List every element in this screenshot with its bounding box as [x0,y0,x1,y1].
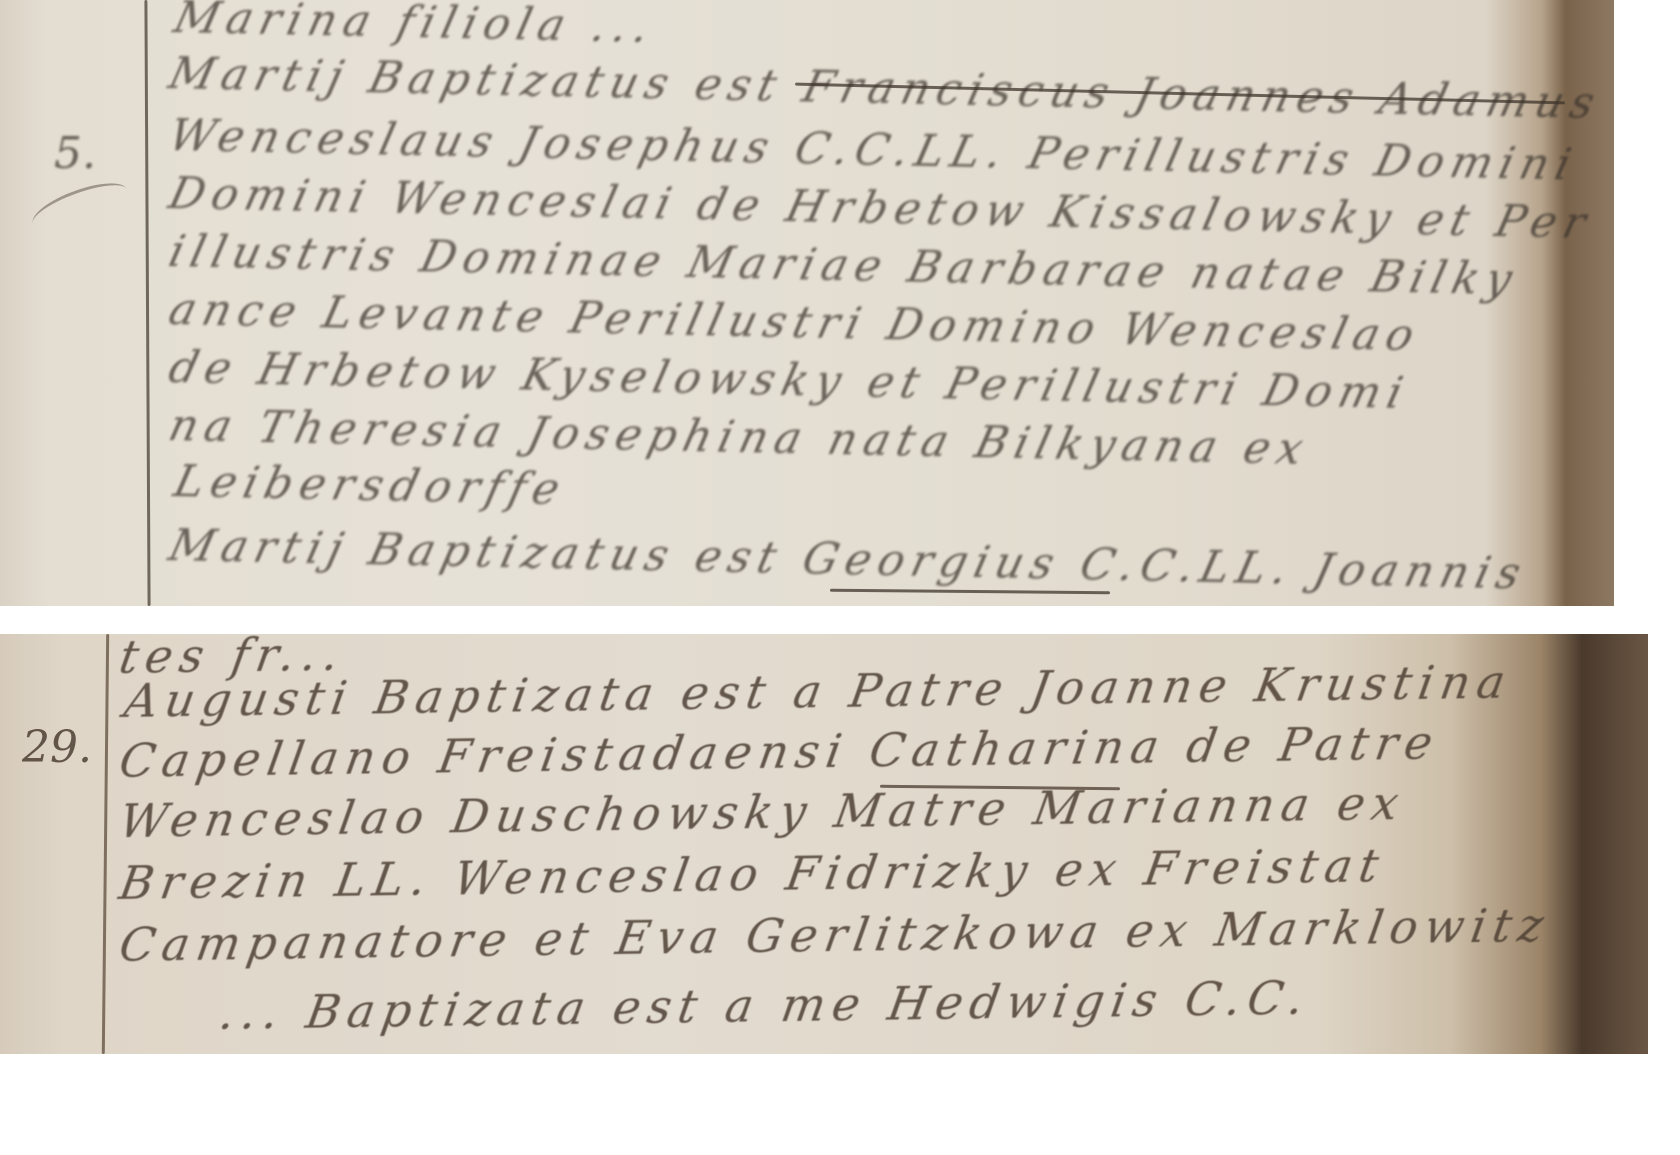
margin-rule [144,0,150,606]
manuscript-line: Marina filiola ... [169,0,661,53]
manuscript-line: Capellano Freistadaensi Catharina de Pat… [116,716,1444,788]
manuscript-line: Martij Baptizatus est Georgius C.C.LL. J… [164,520,1532,600]
register-page-top: 5. Marina filiola ... Martij Baptizatus … [0,0,1614,606]
date-marker: 29. [22,722,92,773]
register-page-bottom: 29. tes fr... Augusti Baptizata est a Pa… [0,634,1648,1054]
date-swash [27,174,132,239]
manuscript-line: Campanatore et Eva Gerlitzkowa ex Marklo… [116,898,1555,972]
manuscript-line: Brezin LL. Wenceslao Fidrizky ex Freista… [116,838,1390,910]
manuscript-line: Leibersdorffe [169,456,572,515]
manuscript-line: Wenceslao Duschowsky Matre Marianna ex [116,776,1410,848]
date-marker: 5. [54,128,96,179]
margin-rule [102,634,109,1054]
manuscript-line: ... Baptizata est a me Hedwigis C.C. [216,971,1315,1040]
